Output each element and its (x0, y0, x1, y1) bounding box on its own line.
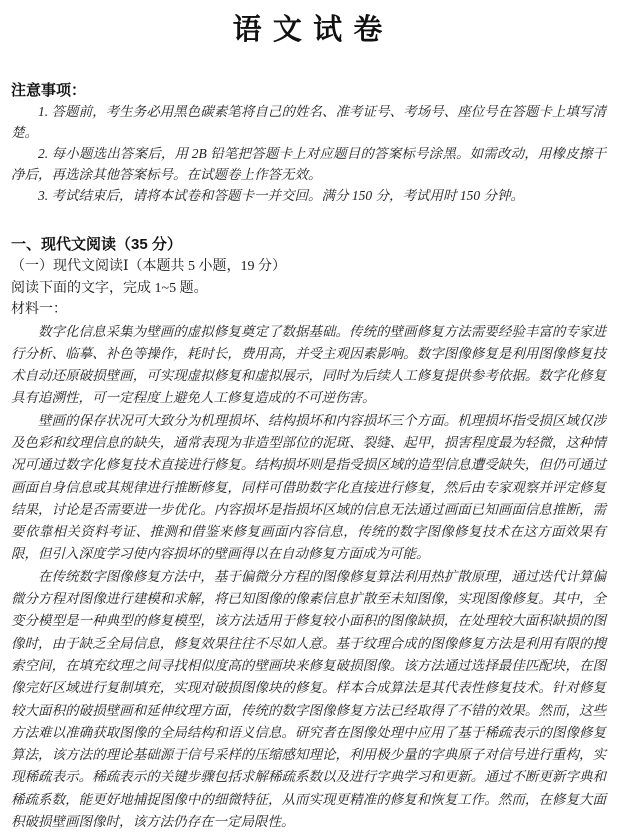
reading-instruction: 阅读下面的文字，完成 1~5 题。 (11, 278, 606, 300)
material-paragraph-3: 在传统数字图像修复方法中，基于偏微分方程的图像修复算法利用热扩散原理，通过迭代计… (11, 566, 606, 834)
notice-item-3: 3. 考试结束后，请将本试卷和答题卡一并交回。满分 150 分，考试用时 150… (11, 185, 606, 206)
exam-paper-page: 语 文 试 卷 注意事项： 1. 答题前，考生务必用黑色碳素笔将自己的姓名、准考… (0, 0, 620, 838)
notice-item-2: 2. 每小题选出答案后，用 2B 铅笔把答题卡上对应题目的答案标号涂黑。如需改动… (11, 143, 606, 185)
material-label: 材料一： (11, 299, 606, 321)
notice-item-1: 1. 答题前，考生务必用黑色碳素笔将自己的姓名、准考证号、考场号、座位号在答题卡… (11, 101, 606, 143)
reading-section: 一、现代文阅读（35 分） （一）现代文阅读Ⅰ（本题共 5 小题，19 分） 阅… (11, 234, 606, 833)
section-heading: 一、现代文阅读（35 分） (11, 234, 606, 256)
material-paragraph-2: 壁画的保存状况可大致分为机理损坏、结构损坏和内容损坏三个方面。机理损坏指受损区域… (11, 410, 606, 566)
material-paragraph-1: 数字化信息采集为壁画的虚拟修复奠定了数据基础。传统的壁画修复方法需要经验丰富的专… (11, 321, 606, 410)
notice-section: 注意事项： 1. 答题前，考生务必用黑色碳素笔将自己的姓名、准考证号、考场号、座… (11, 80, 606, 206)
exam-title: 语 文 试 卷 (11, 10, 606, 50)
notice-heading: 注意事项： (11, 80, 606, 101)
subsection-heading: （一）现代文阅读Ⅰ（本题共 5 小题，19 分） (11, 256, 606, 278)
